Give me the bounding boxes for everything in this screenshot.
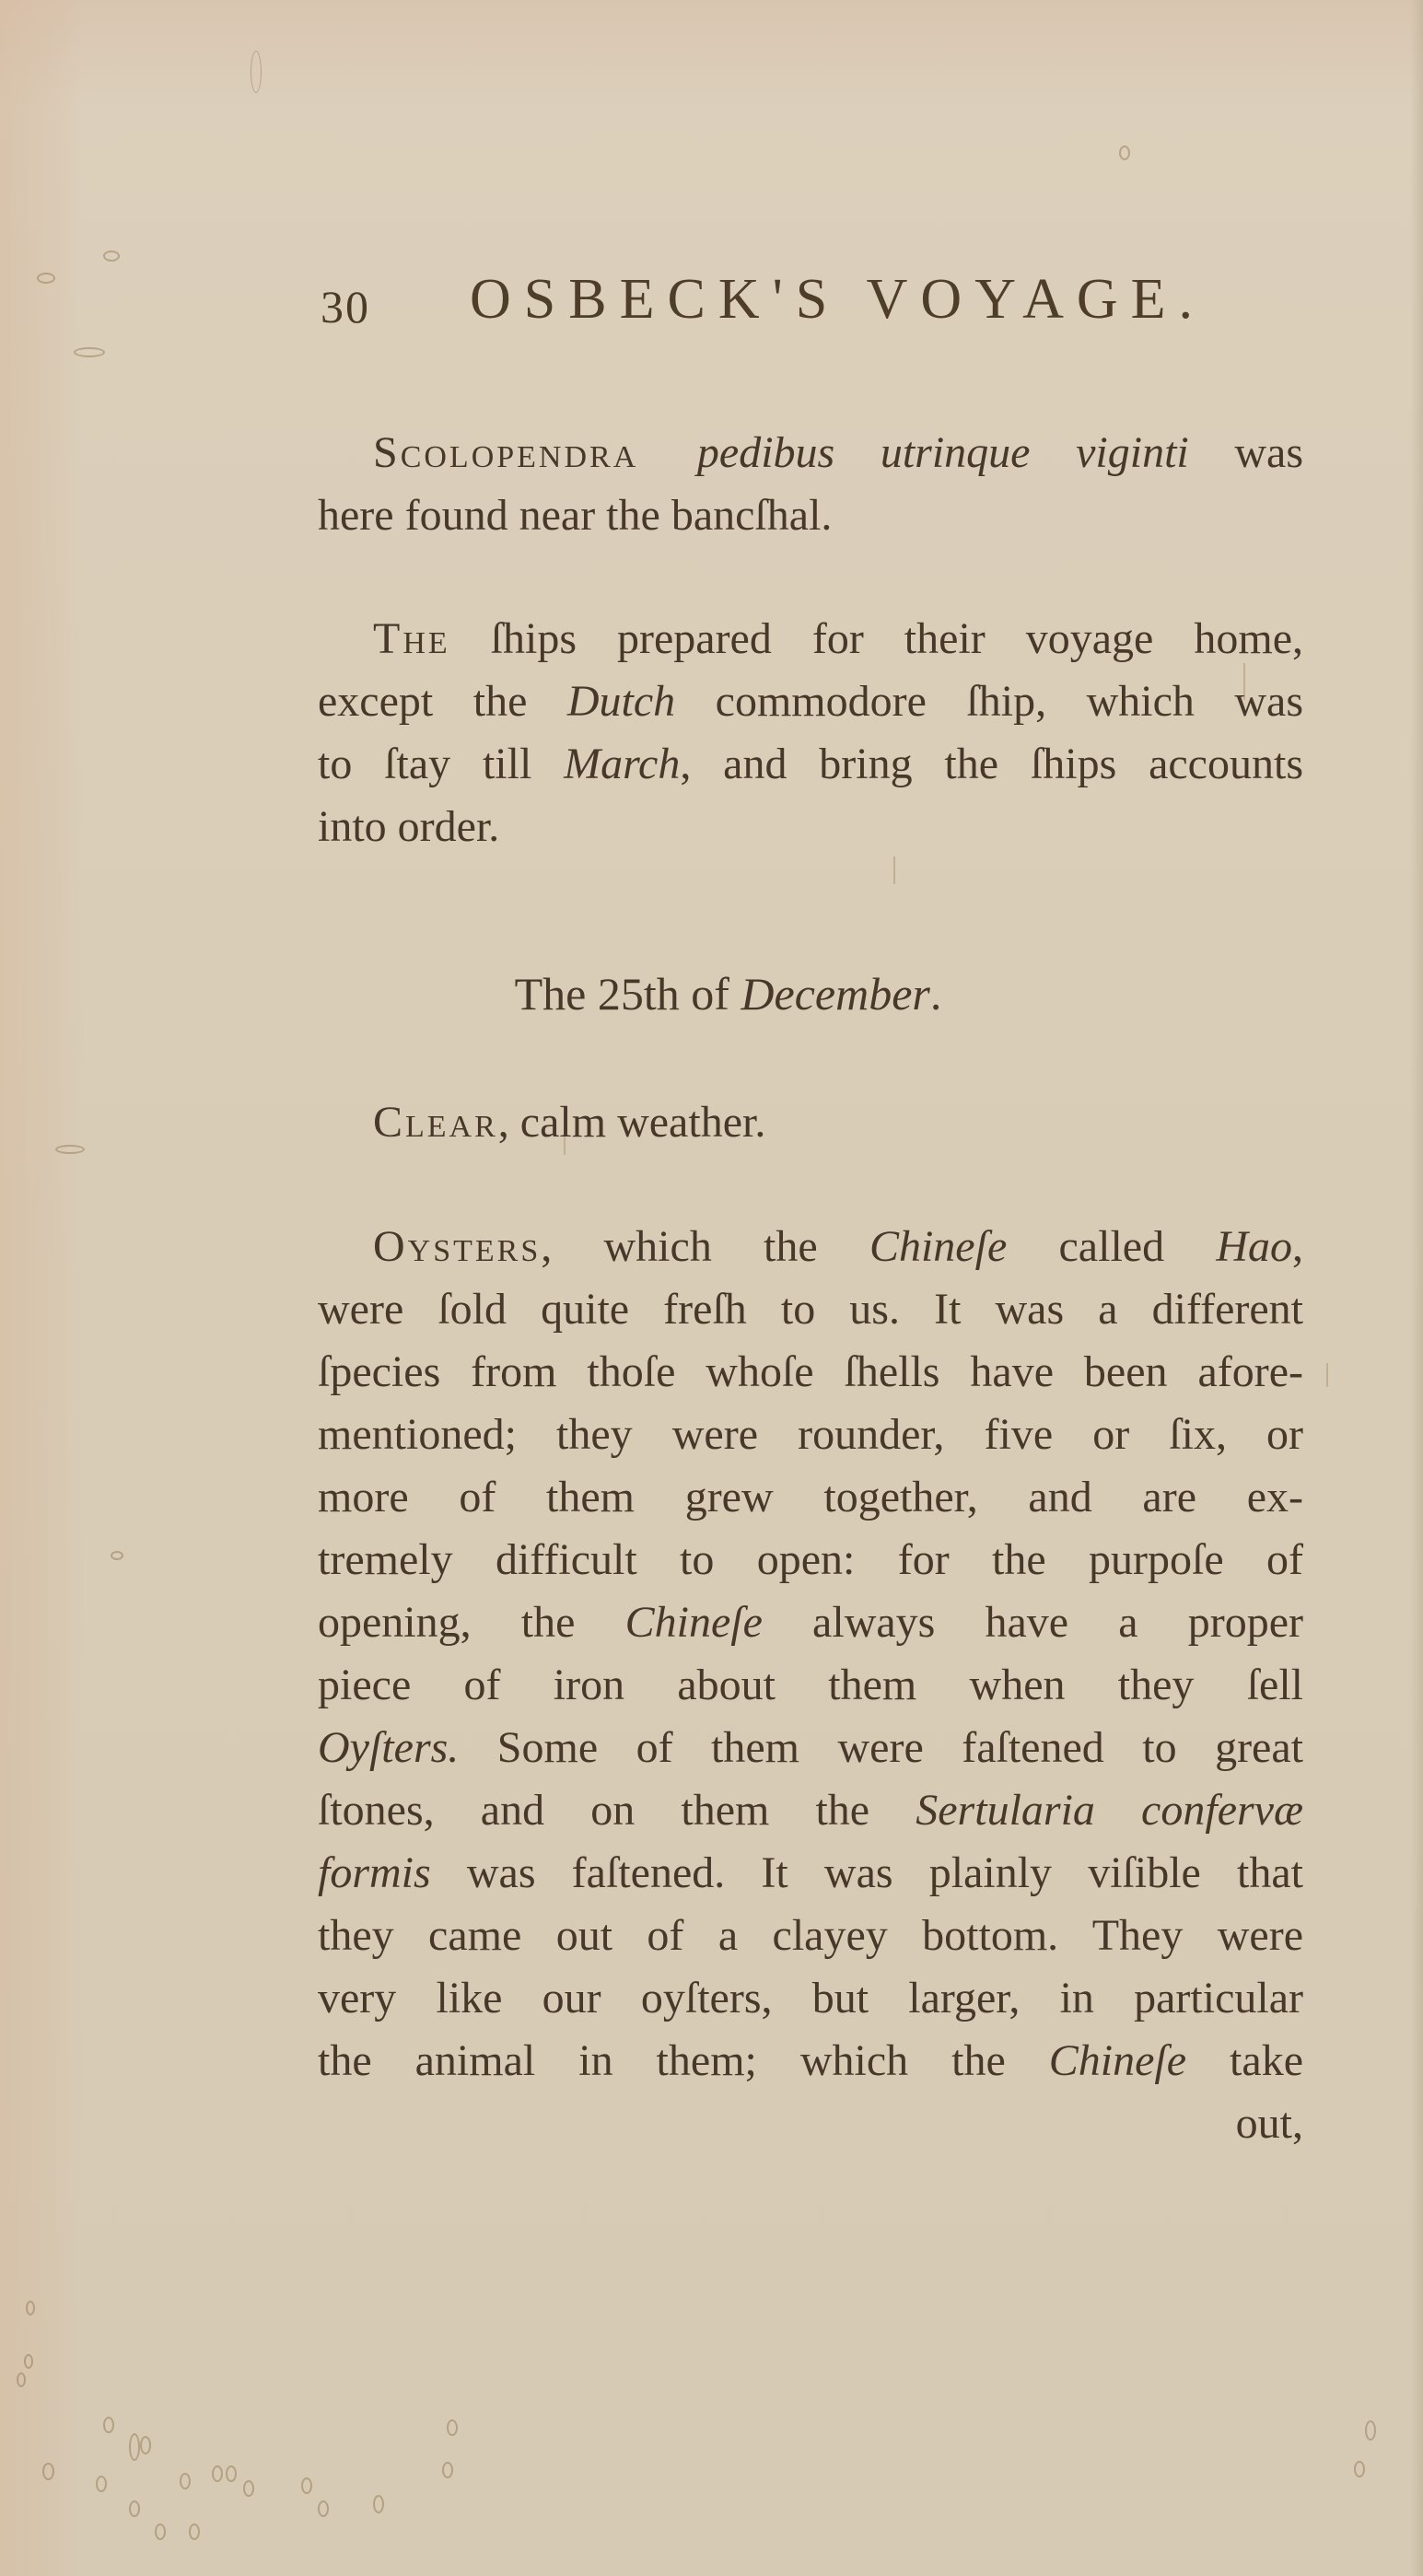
text-line: Clear, calm weather.	[318, 1091, 1303, 1154]
line-text: take	[1186, 2036, 1303, 2085]
line-text: very like our oyſters, but larger, in pa…	[318, 1974, 1303, 2022]
paper-speck-icon	[212, 2465, 223, 2482]
italic-word: Chineſe	[625, 1598, 763, 1647]
heading-text: The 25th of	[515, 968, 741, 1020]
line-text: , calm weather.	[498, 1098, 766, 1147]
page-number: 30	[321, 280, 370, 333]
smallcaps-lead: The	[373, 614, 450, 663]
paper-speck-icon	[301, 2477, 312, 2494]
line-text: the animal in them; which the	[318, 2036, 1049, 2085]
paper-speck-icon	[140, 2436, 151, 2454]
catchword-text: out,	[1236, 2099, 1303, 2148]
line-text: here found near the bancſhal.	[318, 491, 832, 540]
paper-speck-icon	[111, 1551, 123, 1560]
paper-speck-icon	[103, 251, 120, 262]
date-heading: The 25th of December.	[0, 967, 1423, 1020]
paper-speck-icon	[243, 2480, 254, 2497]
paper-speck-icon	[180, 2473, 191, 2489]
line-text: into order.	[318, 802, 499, 851]
italic-word: formis	[318, 1848, 431, 1897]
text-line: except the Dutch commodore ſhip, which w…	[318, 670, 1303, 733]
paper-speck-icon	[318, 2500, 329, 2517]
paragraph-ships: The ſhips prepared for their voyage home…	[318, 608, 1303, 858]
running-header: 30 OSBECK'S VOYAGE.	[313, 267, 1326, 341]
paper-speck-icon	[155, 2524, 166, 2540]
line-text: commodore ſhip, which was	[675, 677, 1303, 726]
text-line: formis was faſtened. It was plainly viſi…	[318, 1842, 1303, 1905]
text-line: very like our oyſters, but larger, in pa…	[318, 1967, 1303, 2030]
text-line: Oysters, which the Chineſe called Hao,	[318, 1216, 1303, 1278]
line-text: ,	[1292, 1222, 1303, 1271]
line-text: was	[1234, 428, 1303, 477]
paragraph-weather: Clear, calm weather.	[318, 1091, 1303, 1154]
line-text: more of them grew together, and are ex-	[318, 1473, 1303, 1521]
line-text: to ſtay till	[318, 740, 564, 788]
text-line: piece of iron about them when they ſell	[318, 1654, 1303, 1717]
paper-speck-icon	[373, 2495, 384, 2513]
page-edge-shadow	[1410, 0, 1423, 2576]
heading-month: December	[741, 968, 929, 1020]
paper-speck-icon	[129, 2433, 140, 2461]
paper-speck-icon	[1365, 2420, 1376, 2441]
italic-latin-name: pedibus utrinque viginti	[684, 428, 1189, 477]
paper-speck-icon	[55, 1145, 85, 1154]
text-line: the animal in them; which the Chineſe ta…	[318, 2030, 1303, 2092]
line-text: they came out of a clayey bottom. They w…	[318, 1911, 1303, 1960]
paper-speck-icon	[24, 2354, 33, 2369]
text-line: were ſold quite freſh to us. It was a di…	[318, 1278, 1303, 1341]
italic-word: March	[564, 740, 680, 788]
line-text: ſtones, and on them the	[318, 1786, 916, 1835]
italic-latin-name: Sertularia confervæ	[916, 1786, 1303, 1835]
line-text: , which the	[541, 1222, 869, 1271]
line-text: mentioned; they were rounder, five or ſi…	[318, 1410, 1303, 1459]
text-line: The ſhips prepared for their voyage home…	[318, 608, 1303, 670]
paper-speck-icon	[17, 2372, 26, 2387]
paper-fiber	[1326, 1363, 1328, 1387]
line-text: was faſtened. It was plainly viſible tha…	[431, 1848, 1303, 1897]
line-text: tremely difficult to open: for the purpo…	[318, 1535, 1303, 1584]
line-text: Some of them were faſtened to great	[459, 1723, 1303, 1772]
text-line: Scolopendra pedibus utrinque viginti was	[318, 422, 1303, 484]
line-text: always have a proper	[763, 1598, 1303, 1647]
heading-text: .	[930, 968, 942, 1020]
line-text: ſhips prepared for their voyage home,	[450, 614, 1303, 663]
text-line: more of them grew together, and are ex-	[318, 1466, 1303, 1529]
text-line: ſtones, and on them the Sertularia confe…	[318, 1779, 1303, 1842]
italic-word: Chineſe	[869, 1222, 1007, 1271]
text-line: ſpecies from thoſe whoſe ſhells have bee…	[318, 1341, 1303, 1404]
paper-speck-icon	[447, 2419, 458, 2436]
smallcaps-lead: Oysters	[373, 1222, 541, 1271]
text-line: into order.	[318, 796, 1303, 858]
smallcaps-lead: Scolopendra	[373, 428, 638, 477]
text-line: Oyſters. Some of them were faſtened to g…	[318, 1717, 1303, 1779]
paragraph-scolopendra: Scolopendra pedibus utrinque viginti was…	[318, 422, 1303, 547]
paper-speck-icon	[1354, 2461, 1365, 2477]
text-line: opening, the Chineſe always have a prope…	[318, 1591, 1303, 1654]
italic-word: Oyſters.	[318, 1723, 459, 1772]
paper-fiber	[893, 857, 895, 884]
paper-speck-icon	[42, 2463, 54, 2480]
italic-word: Dutch	[567, 677, 675, 726]
line-text: were ſold quite freſh to us. It was a di…	[318, 1285, 1303, 1334]
paper-speck-icon	[189, 2524, 200, 2540]
line-text: called	[1007, 1222, 1216, 1271]
line-text: ſpecies from thoſe whoſe ſhells have bee…	[318, 1347, 1303, 1396]
line-text: opening, the	[318, 1598, 625, 1647]
paper-speck-icon	[96, 2476, 107, 2492]
paper-speck-icon	[442, 2462, 453, 2478]
paper-speck-icon	[129, 2500, 140, 2517]
running-title: OSBECK'S VOYAGE.	[470, 267, 1206, 332]
paper-speck-icon	[74, 347, 105, 357]
paper-speck-icon	[103, 2417, 114, 2433]
paper-speck-icon	[37, 273, 55, 284]
text-line: here found near the bancſhal.	[318, 484, 1303, 547]
text-line: to ſtay till March, and bring the ſhips …	[318, 733, 1303, 796]
paragraph-oysters: Oysters, which the Chineſe called Hao, w…	[318, 1216, 1303, 2155]
italic-word: Hao	[1216, 1222, 1292, 1271]
paper-speck-icon	[1119, 146, 1130, 160]
book-page: 30 OSBECK'S VOYAGE. Scolopendra pedibus …	[0, 0, 1423, 2576]
catchword: out,	[318, 2092, 1303, 2155]
text-line: tremely difficult to open: for the purpo…	[318, 1529, 1303, 1591]
line-text: except the	[318, 677, 567, 726]
italic-word: Chineſe	[1049, 2036, 1186, 2085]
line-text: piece of iron about them when they ſell	[318, 1661, 1303, 1709]
paper-speck-icon	[26, 2301, 35, 2315]
text-line: mentioned; they were rounder, five or ſi…	[318, 1404, 1303, 1466]
smallcaps-lead: Clear	[373, 1098, 498, 1147]
text-line: they came out of a clayey bottom. They w…	[318, 1905, 1303, 1967]
line-text: , and bring the ſhips accounts	[680, 740, 1303, 788]
paper-speck-icon	[226, 2465, 237, 2482]
paper-speck-icon	[251, 51, 262, 93]
